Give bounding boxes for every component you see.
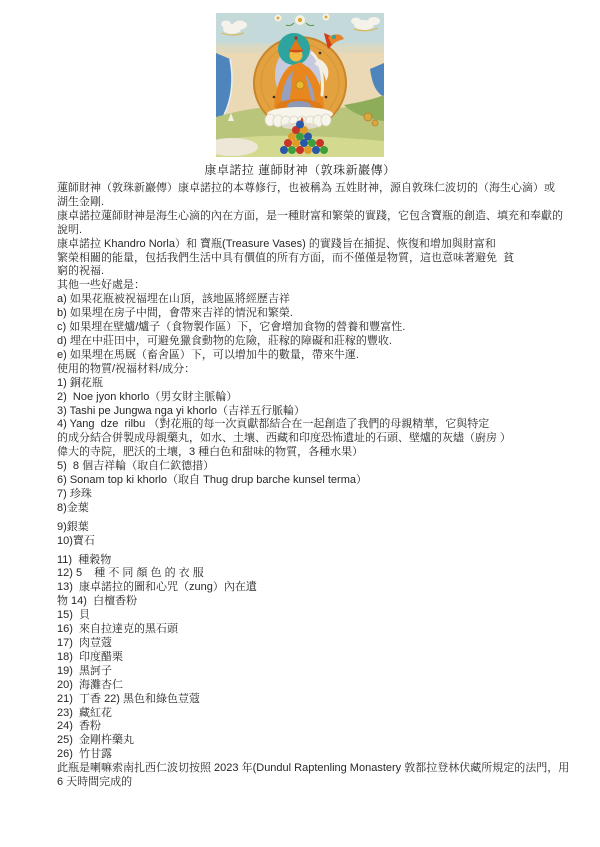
text-line: 4) Yang dze rilbu （對花瓶的每一次貢獻都結合在一起創造了我們的…: [57, 418, 549, 432]
text-line: c) 如果埋在壁爐/爐子（食物製作區）下，它會增加食物的營養和豐富性.: [57, 321, 549, 335]
text-line: 物 14) 白檀香粉: [57, 595, 549, 609]
text-line: b) 如果埋在房子中間，會帶來吉祥的情況和繁榮.: [57, 307, 549, 321]
text-line: 繁榮相關的能量，包括我們生活中具有價值的所有方面，而不僅僅是物質，這也意味著避免…: [57, 252, 549, 266]
text-line: 6) Sonam top ki khorlo（取自 Thug drup barc…: [57, 474, 549, 488]
text-line: 使用的物質/祝福材料/成分：: [57, 363, 549, 377]
text-line: 7) 珍珠: [57, 488, 549, 502]
text-line: 19) 黑訶子: [57, 665, 549, 679]
text-line: 8)金葉: [57, 502, 549, 516]
text-line: 9)銀葉: [57, 521, 549, 535]
text-line: 20) 海灘杏仁: [57, 679, 549, 693]
text-line: 5) 8 個吉祥輪（取自仁欽德措）: [57, 460, 549, 474]
text-line: e) 如果埋在馬厩（畜舍區）下，可以增加牛的數量，帶來牛運.: [57, 349, 549, 363]
text-line: 10)寶石: [57, 535, 549, 549]
text-line: 15) 貝: [57, 609, 549, 623]
document-body: 蓮師財神（敦珠新巖傳）康卓諾拉的本尊修行，也被稱為 五姓財神，源自敦珠仁波切的（…: [57, 182, 549, 790]
text-line: 說明.: [57, 224, 549, 238]
text-line: 2) Noe jyon khorlo（男女財主脈輪）: [57, 391, 549, 405]
text-line: 窮的祝福.: [57, 265, 549, 279]
thangka-image: [216, 13, 384, 157]
text-line: 16) 來自拉達克的黑石頭: [57, 623, 549, 637]
text-line: 康卓諾拉蓮師財神是海生心滴的內在方面，是一種財富和繁榮的實踐，它包含寶瓶的創造、…: [57, 210, 549, 224]
text-line: 11) 種穀物: [57, 554, 549, 568]
text-line: 1) 銅花瓶: [57, 377, 549, 391]
document-title: 康卓諾拉 蓮師財神（敦珠新巖傳）: [0, 161, 600, 178]
text-line: 的成分結合併製成母親藥丸，如水、土壤、西藏和印度恐怖遺址的石頭、壁爐的灰燼（廚房…: [57, 432, 549, 446]
text-line: 偉大的寺院，肥沃的土壤，3 種白色和甜味的物質，各種水果）: [57, 446, 549, 460]
text-line: a) 如果花瓶被祝福埋在山頂，該地區將經歷吉祥: [57, 293, 549, 307]
text-line: 其他一些好處是：: [57, 279, 549, 293]
text-line: 17) 肉荳蔻: [57, 637, 549, 651]
text-line: d) 埋在中莊田中，可避免獵食動物的危險，莊稼的障礙和莊稼的豐收.: [57, 335, 549, 349]
text-line: 24) 香粉: [57, 720, 549, 734]
text-line: 21) 丁香 22) 黑色和綠色荳蔻: [57, 693, 549, 707]
text-line: 23) 藏紅花: [57, 707, 549, 721]
text-line: 26) 竹甘露: [57, 748, 549, 762]
thangka-image-container: [0, 0, 600, 157]
text-line: 蓮師財神（敦珠新巖傳）康卓諾拉的本尊修行，也被稱為 五姓財神，源自敦珠仁波切的（…: [57, 182, 549, 196]
text-line: 康卓諾拉 Khandro Norla）和 寶瓶(Treasure Vases) …: [57, 238, 549, 252]
document-page: 康卓諾拉 蓮師財神（敦珠新巖傳） 蓮師財神（敦珠新巖傳）康卓諾拉的本尊修行，也被…: [0, 0, 600, 847]
text-line: 湖生金剛.: [57, 196, 549, 210]
text-line: 13) 康卓諾拉的圖和心咒（zung）內在遺: [57, 581, 549, 595]
text-line: 3) Tashi pe Jungwa nga yi khorlo（吉祥五行脈輪）: [57, 405, 549, 419]
text-line: 25) 金剛杵藥丸: [57, 734, 549, 748]
text-line: 18) 印度醋栗: [57, 651, 549, 665]
text-line: 此瓶是喇嘛索南扎西仁波切按照 2023 年(Dundul Raptenling …: [57, 762, 549, 776]
text-line: 12) 5 種 不 同 顏 色 的 衣 服: [57, 567, 549, 581]
text-line: 6 天時間完成的: [57, 776, 549, 790]
